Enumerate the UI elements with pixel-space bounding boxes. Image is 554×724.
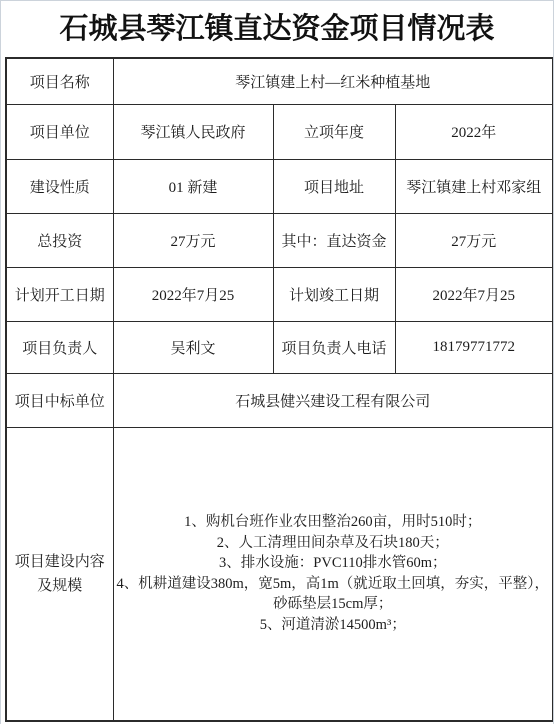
table-row-project-name: 项目名称 琴江镇建上村—红米种植基地 — [6, 58, 553, 104]
project-address-label: 项目地址 — [273, 159, 395, 213]
table-row-nature-address: 建设性质 01 新建 项目地址 琴江镇建上村邓家组 — [6, 159, 553, 213]
project-manager-value: 吴利文 — [113, 321, 273, 373]
construction-nature-label: 建设性质 — [6, 159, 113, 213]
direct-fund-label: 其中：直达资金 — [273, 213, 395, 267]
project-manager-phone-label: 项目负责人电话 — [273, 321, 395, 373]
construction-content-line: 1、购机台班作业农田整治260亩，用时510时； — [116, 512, 551, 533]
project-manager-label: 项目负责人 — [6, 321, 113, 373]
planned-start-date-label: 计划开工日期 — [6, 267, 113, 321]
table-row-manager: 项目负责人 吴利文 项目负责人电话 18179771772 — [6, 321, 553, 373]
approval-year-label: 立项年度 — [273, 104, 395, 159]
winning-bidder-value: 石城县健兴建设工程有限公司 — [113, 373, 553, 427]
project-unit-label: 项目单位 — [6, 104, 113, 159]
winning-bidder-label: 项目中标单位 — [6, 373, 113, 427]
approval-year-value: 2022年 — [395, 104, 553, 159]
project-info-table: 项目名称 琴江镇建上村—红米种植基地 项目单位 琴江镇人民政府 立项年度 202… — [5, 57, 554, 722]
project-name-value: 琴江镇建上村—红米种植基地 — [113, 58, 553, 104]
construction-content-line: 5、河道清淤14500m³； — [116, 615, 551, 636]
direct-fund-value: 27万元 — [395, 213, 553, 267]
project-name-label: 项目名称 — [6, 58, 113, 104]
total-investment-label: 总投资 — [6, 213, 113, 267]
page-title: 石城县琴江镇直达资金项目情况表 — [1, 6, 553, 47]
construction-content-label: 项目建设内容 及规模 — [6, 427, 113, 721]
planned-finish-date-value: 2022年7月25 — [395, 267, 553, 321]
table-row-unit-year: 项目单位 琴江镇人民政府 立项年度 2022年 — [6, 104, 553, 159]
project-unit-value: 琴江镇人民政府 — [113, 104, 273, 159]
table-row-construction-content: 项目建设内容 及规模 1、购机台班作业农田整治260亩，用时510时； 2、人工… — [6, 427, 553, 721]
construction-nature-value: 01 新建 — [113, 159, 273, 213]
construction-content-value: 1、购机台班作业农田整治260亩，用时510时； 2、人工清理田间杂草及石块18… — [113, 427, 553, 721]
table-row-winning-bidder: 项目中标单位 石城县健兴建设工程有限公司 — [6, 373, 553, 427]
planned-start-date-value: 2022年7月25 — [113, 267, 273, 321]
project-address-value: 琴江镇建上村邓家组 — [395, 159, 553, 213]
table-row-dates: 计划开工日期 2022年7月25 计划竣工日期 2022年7月25 — [6, 267, 553, 321]
table-row-investment-fund: 总投资 27万元 其中：直达资金 27万元 — [6, 213, 553, 267]
document-page: 石城县琴江镇直达资金项目情况表 项目名称 琴江镇建上村—红米种植基地 项目单位 … — [0, 0, 554, 724]
total-investment-value: 27万元 — [113, 213, 273, 267]
construction-content-line: 3、排水设施：PVC110排水管60m； — [116, 553, 551, 574]
project-manager-phone-value: 18179771772 — [395, 321, 553, 373]
construction-content-line: 4、机耕道建设380m，宽5m，高1m（就近取土回填，夯实，平整），砂砾垫层15… — [116, 574, 551, 615]
construction-content-line: 2、人工清理田间杂草及石块180天； — [116, 533, 551, 554]
planned-finish-date-label: 计划竣工日期 — [273, 267, 395, 321]
